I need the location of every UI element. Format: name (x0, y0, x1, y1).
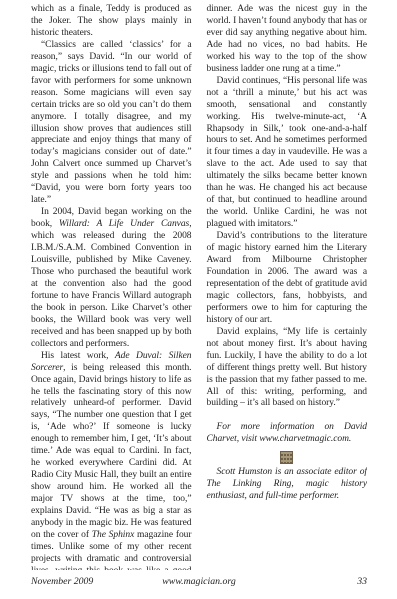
paragraph: “Classics are called ‘classics’ for a re… (31, 40, 192, 207)
paragraph: David explains, “My life is certainly no… (207, 327, 368, 411)
end-of-article-ornament (207, 450, 368, 464)
paragraph: His latest work, Ade Duval: Silken Sorce… (31, 351, 192, 570)
column-left: which as a finale, Teddy is produced as … (31, 4, 192, 570)
paragraph: In 2004, David began working on the book… (31, 207, 192, 350)
column-right: dinner. Ade was the nicest guy in the wo… (207, 4, 368, 570)
author-bio: Scott Humston is an associate editor of … (207, 467, 368, 503)
footer-issue-date: November 2009 (31, 576, 143, 588)
page-footer: November 2009 www.magician.org 33 (31, 576, 367, 588)
info-note: For more information on David Charvet, v… (207, 422, 368, 446)
paragraph: which as a finale, Teddy is produced as … (31, 4, 192, 40)
paragraph: dinner. Ade was the nicest guy in the wo… (207, 4, 368, 76)
paragraph: David continues, “His personal life was … (207, 76, 368, 231)
footer-website: www.magician.org (143, 576, 255, 588)
magazine-page: which as a finale, Teddy is produced as … (0, 0, 397, 599)
paragraph: David’s contributions to the literature … (207, 231, 368, 327)
article-body: which as a finale, Teddy is produced as … (31, 4, 367, 570)
end-of-article-ornament-icon (280, 451, 293, 464)
footer-page-number: 33 (255, 576, 367, 588)
